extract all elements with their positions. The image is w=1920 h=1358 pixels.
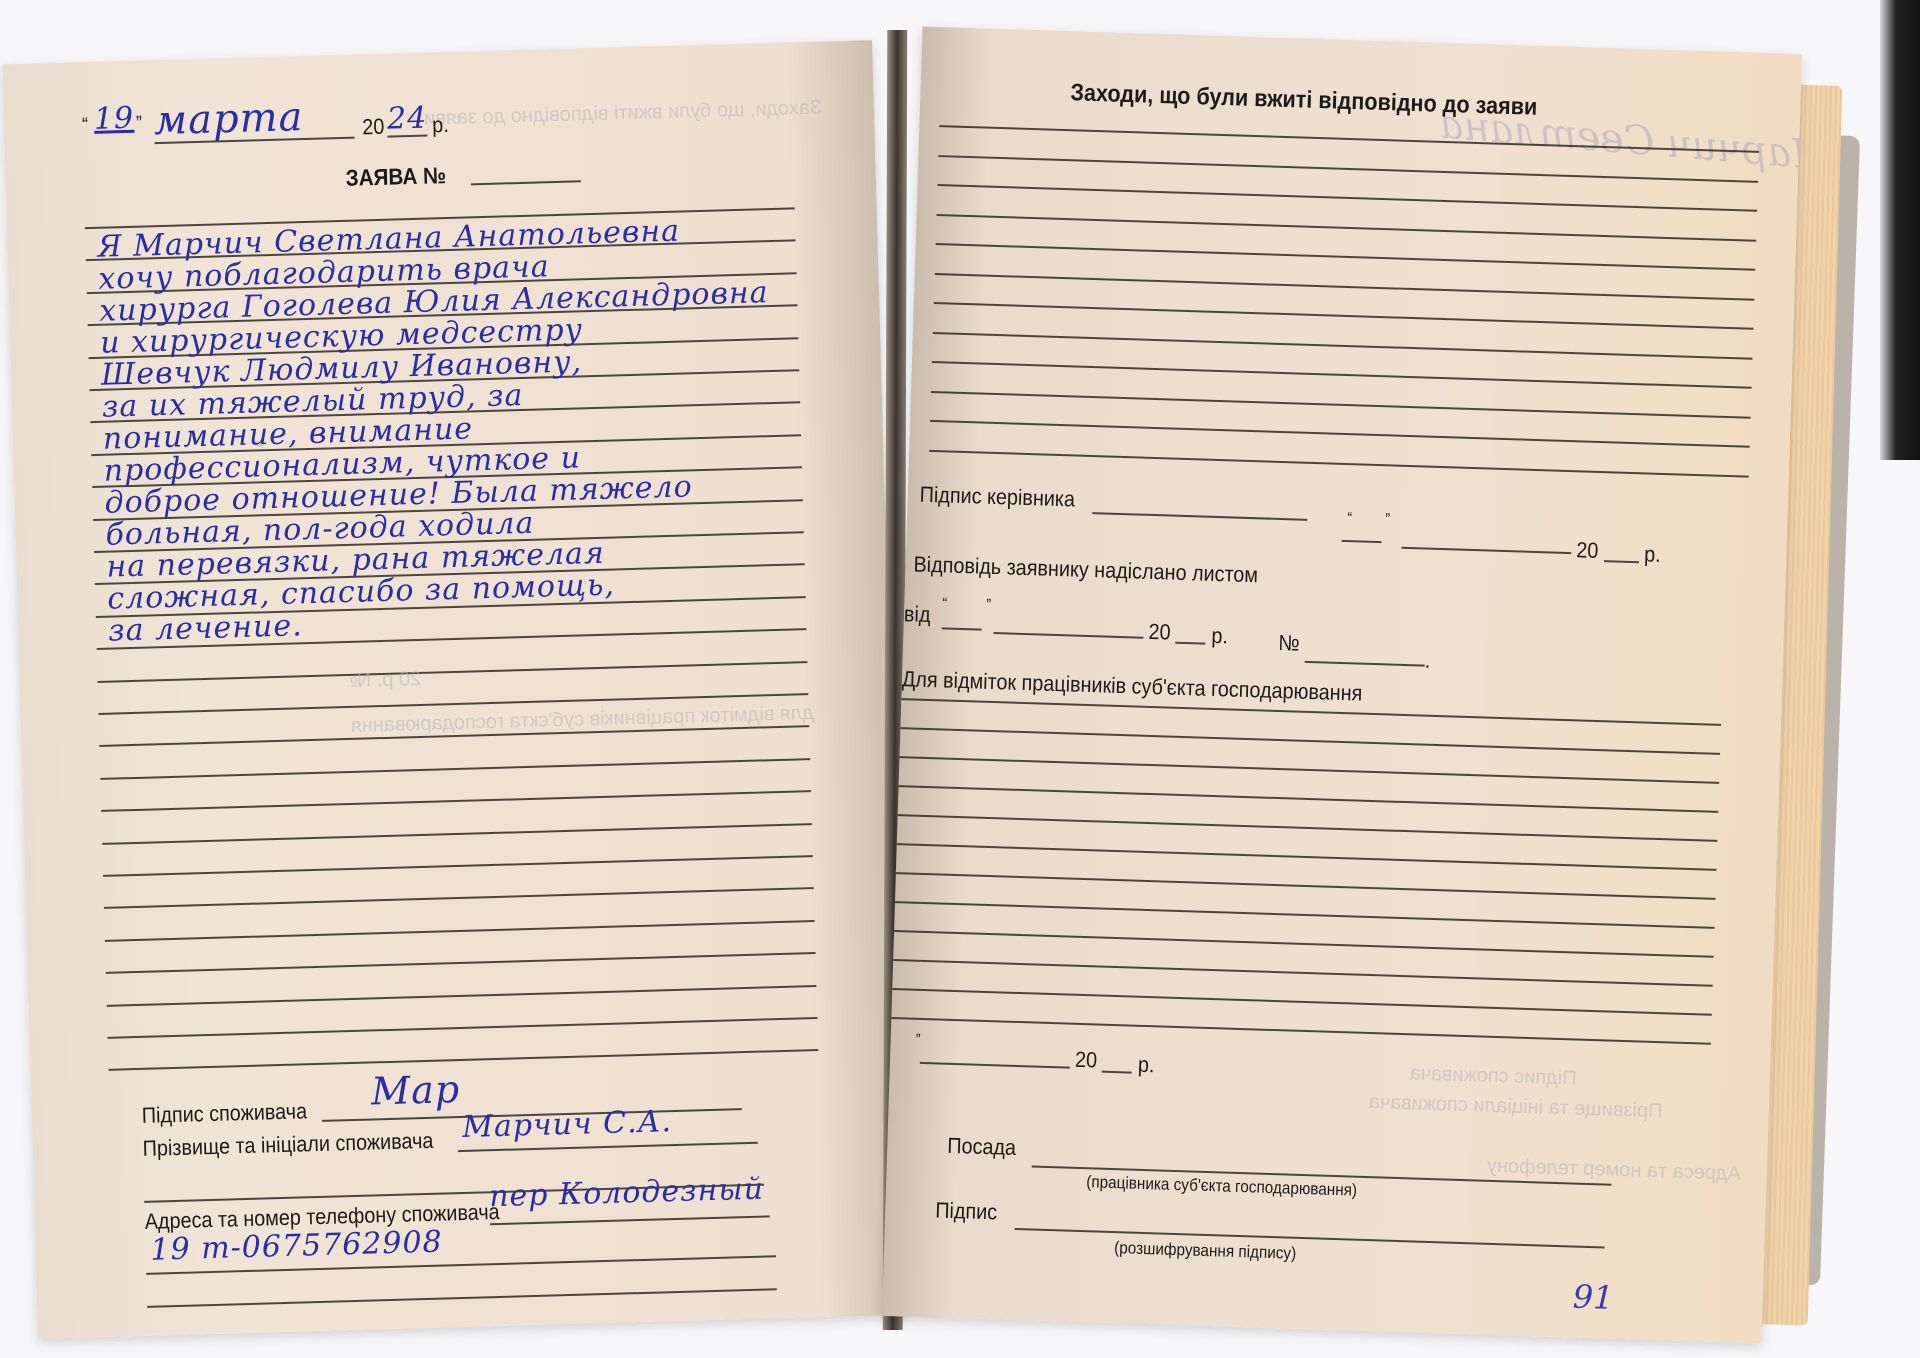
- year-unit: р.: [1644, 541, 1661, 568]
- ruled-line: [900, 727, 1720, 755]
- ruled-line: [897, 843, 1717, 871]
- date-open-quote: “: [1347, 510, 1352, 528]
- measures-title: Заходи, що були вжиті відповідно до заяв…: [1070, 79, 1538, 122]
- ruled-line: [898, 814, 1718, 842]
- number-label: №: [1278, 630, 1300, 657]
- ruled-line: [893, 959, 1713, 987]
- ruled-line: [104, 887, 814, 909]
- bleed-through-text: Підпис споживача: [1409, 1062, 1577, 1090]
- ruled-line: [102, 823, 812, 845]
- scanned-journal-spread: Заходи, що були вжиті відповідно до заяв…: [0, 0, 1920, 1358]
- signature-hint: (розшифрування підпису): [1114, 1238, 1297, 1264]
- position-label: Посада: [947, 1133, 1017, 1161]
- ruled-line: [931, 390, 1751, 418]
- date-year-prefix: 20: [362, 114, 385, 141]
- ruled-line: [103, 855, 813, 877]
- ruled-line: [895, 901, 1715, 929]
- ruled-line: [937, 214, 1757, 242]
- ruled-line: [932, 361, 1752, 389]
- consumer-signature-label: Підпис споживача: [141, 1098, 307, 1129]
- statement-title: ЗАЯВА №: [345, 162, 446, 192]
- ruled-line: [100, 758, 810, 780]
- background-edge: [1880, 0, 1920, 460]
- page-number: 91: [1572, 1278, 1614, 1317]
- ruled-line: [98, 661, 808, 683]
- ruled-line: [894, 930, 1714, 958]
- reply-label: Відповідь заявнику надіслано листом: [913, 551, 1258, 588]
- ruled-line: [892, 988, 1712, 1016]
- consumer-signature-value: Мар: [371, 1067, 461, 1113]
- consumer-name-label: Прізвище та ініціали споживача: [142, 1128, 433, 1162]
- consumer-name-value: Марчич С.А.: [462, 1104, 673, 1145]
- bleed-through-text: 20 р. №: [349, 668, 421, 693]
- ruled-line: [935, 273, 1755, 301]
- ruled-line: [936, 243, 1756, 271]
- manager-signature-label: Підпис керівника: [919, 482, 1075, 513]
- position-hint: (працівника суб'єкта господарювання): [1086, 1172, 1357, 1201]
- ruled-line: [899, 756, 1719, 784]
- year-prefix: 20: [1576, 537, 1599, 564]
- ruled-line: [899, 785, 1719, 813]
- ruled-line: [105, 920, 815, 942]
- ruled-line: [101, 790, 811, 812]
- right-page: Я Марчич Светлана Підпис споживача Прізв…: [882, 26, 1802, 1343]
- ruled-line: [106, 952, 816, 974]
- date-month: марта: [153, 94, 304, 144]
- statement-line: за лечение.: [108, 608, 303, 648]
- date-close-quote: ”: [136, 113, 143, 136]
- ruled-line: [891, 1017, 1711, 1045]
- consumer-phone-value: 19 т-0675762908: [150, 1225, 443, 1268]
- signature-label: Підпис: [935, 1197, 998, 1225]
- ruled-line: [934, 302, 1754, 330]
- date-year-suffix: 24: [387, 101, 428, 137]
- ruled-line: [929, 449, 1749, 477]
- consumer-address-value: пер Колодезный: [489, 1172, 765, 1215]
- ruled-line: [108, 1049, 818, 1071]
- ruled-line: [933, 331, 1753, 359]
- ruled-line: [937, 184, 1757, 212]
- bleed-through-text: Прізвище та ініціали споживача: [1369, 1091, 1663, 1123]
- date-close-quote: ”: [1385, 511, 1390, 529]
- date-open-quote: “: [82, 114, 89, 137]
- ruled-line: [108, 1017, 818, 1039]
- date-day: 19: [93, 101, 134, 137]
- left-page: Заходи, що були вжиті відповідно до заяв…: [2, 40, 907, 1339]
- from-label: від: [904, 601, 931, 628]
- ruled-line: [896, 872, 1716, 900]
- date-year-unit: р.: [432, 112, 449, 138]
- ruled-line: [107, 985, 817, 1007]
- bleed-through-header: Заходи, що були вжиті відповідно до заяв…: [424, 97, 823, 131]
- ruled-line: [930, 420, 1750, 448]
